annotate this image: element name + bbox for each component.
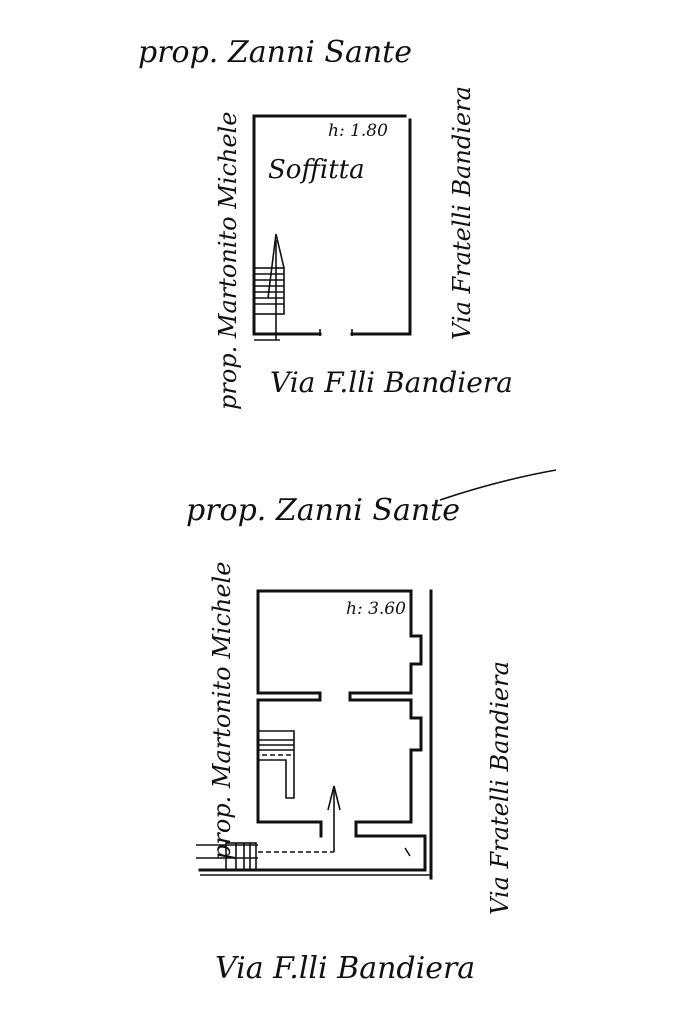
upper-wall-east-south [352, 120, 410, 334]
upper-door-jambs [320, 329, 352, 336]
upper-label-west-neighbor: prop. Martonito Michele [214, 112, 242, 410]
lower-label-north-neighbor: prop. Zanni Sante [186, 493, 460, 528]
lower-staircase [258, 731, 294, 798]
lower-label-east-street: Via Fratelli Bandiera [486, 661, 514, 915]
upper-floor-plan: prop. Zanni Sante prop. Martonito Michel… [138, 35, 513, 410]
upper-room-label: Soffitta [268, 155, 365, 185]
upper-label-east-street: Via Fratelli Bandiera [448, 86, 476, 340]
upper-ceiling-height: h: 1.80 [328, 121, 388, 141]
upper-staircase [254, 234, 284, 340]
lower-room-west-south-walls [258, 700, 321, 836]
lower-corridor-mark [405, 848, 410, 856]
lower-room-south-east-walls [350, 693, 425, 836]
upper-label-north-neighbor: prop. Zanni Sante [138, 35, 412, 70]
upper-label-south-street: Via F.lli Bandiera [270, 366, 513, 399]
lower-label-south-street: Via F.lli Bandiera [215, 951, 475, 986]
lower-label-west-neighbor: prop. Martonito Michele [208, 562, 236, 860]
floor-plan-drawing: prop. Zanni Sante prop. Martonito Michel… [0, 0, 683, 1023]
lower-floor-plan: prop. Zanni Sante prop. Martonito Michel… [186, 470, 556, 986]
lower-ceiling-height: h: 3.60 [346, 599, 406, 619]
